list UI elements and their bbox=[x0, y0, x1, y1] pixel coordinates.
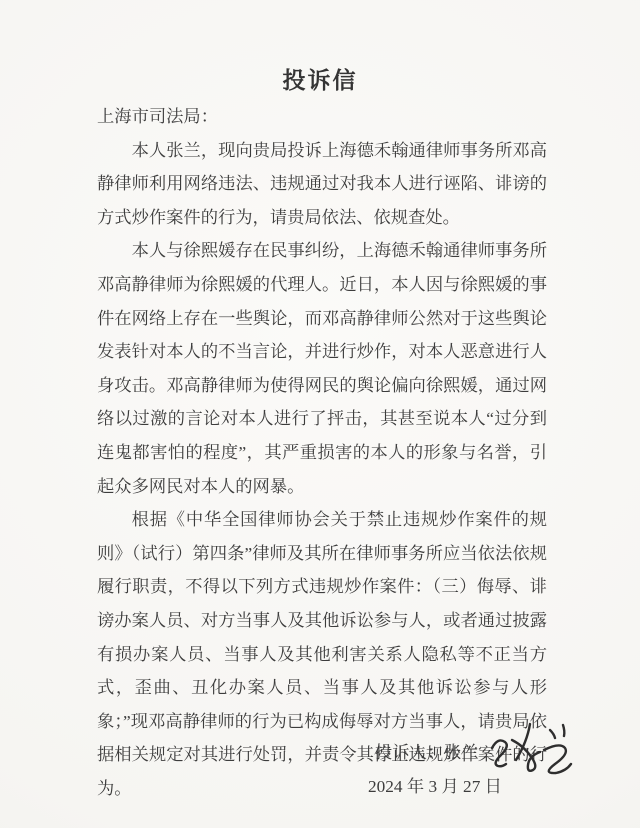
salutation: 上海市司法局： bbox=[97, 100, 547, 134]
paragraph-2: 本人与徐熙媛存在民事纠纷，上海德禾翰通律师事务所邓高静律师为徐熙媛的代理人。近日… bbox=[97, 234, 547, 503]
complainant-signature-label: 投诉人：张兰 bbox=[375, 738, 479, 763]
paragraph-1: 本人张兰，现向贵局投诉上海德禾翰通律师事务所邓高静律师利用网络违法、违规通过对我… bbox=[97, 134, 547, 235]
document-body: 上海市司法局： 本人张兰，现向贵局投诉上海德禾翰通律师事务所邓高静律师利用网络违… bbox=[97, 100, 547, 805]
letter-sheet: 投诉信 上海市司法局： 本人张兰，现向贵局投诉上海德禾翰通律师事务所邓高静律师利… bbox=[0, 0, 640, 828]
document-title: 投诉信 bbox=[0, 62, 640, 95]
date-line: 2024 年 3 月 27 日 bbox=[368, 772, 502, 797]
